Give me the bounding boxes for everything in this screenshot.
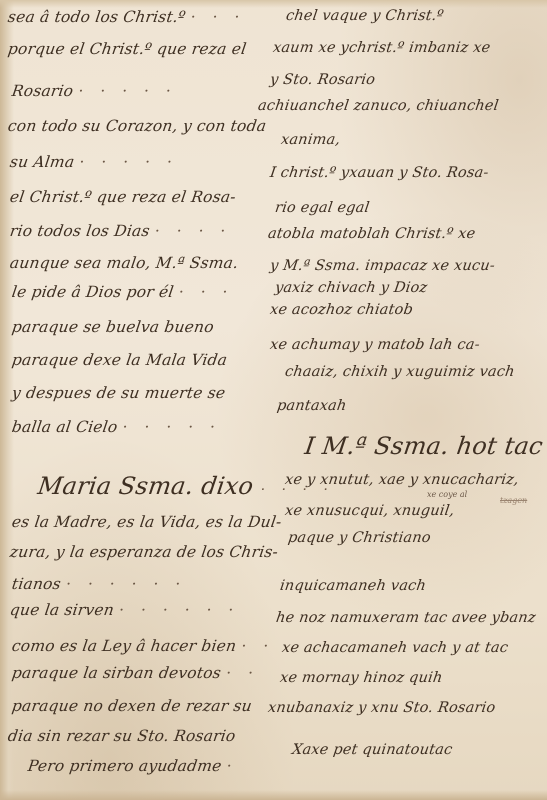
right-line-21: xe achacamaneh vach y at tac [281, 640, 509, 656]
right-line-4: achiuanchel zanuco, chiuanchel [257, 98, 500, 114]
right-line-22: xe mornay hinoz quih [279, 670, 444, 686]
right-line-8: atobla matoblah Christ.º xe [267, 226, 477, 242]
right-line-9: y M.ª Ssma. impacaz xe xucu- [269, 258, 496, 274]
left-line-19: como es la Ley â hacer bien · · [11, 637, 276, 655]
right-line-16: xe y xnutut, xae y xnucachariz, [284, 472, 520, 488]
right-line-1: chel vaque y Christ.º [285, 8, 445, 24]
right-line-7: rio egal egal [274, 200, 371, 216]
right-line-3: y Sto. Rosario [269, 72, 376, 88]
left-line-9: le pide â Dios por él · · · [11, 283, 235, 301]
right-line-13: chaaiz, chixih y xuguimiz vach [284, 364, 516, 380]
left-line-11: paraque dexe la Mala Vida [11, 351, 229, 369]
right-line-18: paque y Christiano [287, 530, 432, 546]
right-line-5: xanima, [280, 132, 341, 148]
left-line-6: el Christ.º que reza el Rosa- [9, 188, 237, 206]
left-line-1: sea â todo los Christ.º · · · [7, 8, 247, 26]
left-line-5: su Alma · · · · · [9, 153, 179, 171]
right-line-12: xe achumay y matob lah ca- [269, 337, 481, 353]
left-line-23: Pero primero ayudadme · [27, 757, 239, 775]
left-line-12: y despues de su muerte se [11, 384, 227, 402]
left-line-17: tianos · · · · · · [11, 575, 188, 593]
right-line-14: pantaxah [276, 398, 348, 414]
right-line-6: I christ.º yxauan y Sto. Rosa- [269, 165, 490, 181]
right-line-24: Xaxe pet quinatoutac [291, 742, 454, 758]
left-line-15: es la Madre, es la Vida, es la Dul- [11, 513, 283, 531]
left-line-2: porque el Christ.º que reza el [7, 40, 248, 58]
right-line-10: yaxiz chivach y Dioz [274, 280, 429, 296]
left-line-21: paraque no dexen de rezar su [11, 697, 253, 715]
left-line-22: dia sin rezar su Sto. Rosario [7, 727, 237, 745]
right-line-23: xnubanaxiz y xnu Sto. Rosario [267, 700, 497, 716]
left-line-20: paraque la sirban devotos · · [11, 664, 260, 682]
right-line-20: he noz namuxeram tac avee ybanz [275, 610, 537, 626]
left-line-16: zura, y la esperanza de los Chris- [9, 543, 280, 561]
right-line-19: inquicamaneh vach [279, 578, 427, 594]
right-line-17: xe xnusucqui, xnuguil, [284, 503, 456, 519]
left-line-13: balla al Cielo · · · · · [11, 418, 222, 436]
manuscript-page: sea â todo los Christ.º · · · porque el … [0, 0, 547, 800]
left-line-10: paraque se buelva bueno [11, 318, 215, 336]
right-line-15: I M.ª Ssma. hot tac vacun [303, 432, 547, 460]
interlinear-note: xe coye al [427, 490, 467, 499]
left-line-18: que la sirven · · · · · · [9, 601, 241, 619]
page-bottom-edge [0, 790, 547, 800]
right-line-11: xe acozhoz chiatob [269, 302, 414, 318]
left-line-3: Rosario · · · · · [11, 82, 178, 100]
left-line-4: con todo su Corazon, y con toda [7, 117, 268, 135]
left-line-7: rio todos los Dias · · · · [9, 222, 233, 240]
right-line-2: xaum xe ychrist.º imbaniz xe [272, 40, 492, 56]
left-line-8: aunque sea malo, M.ª Ssma. [9, 254, 240, 272]
struck-word: tzagen [500, 496, 527, 505]
